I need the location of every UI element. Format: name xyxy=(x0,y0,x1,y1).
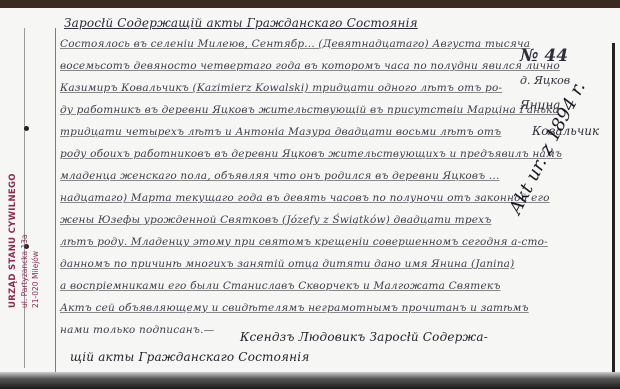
document-page: Заросłй Содержащій акты Гражданскаго Сос… xyxy=(0,8,620,376)
stamp-street: ul. Partyzancka 13a xyxy=(19,173,30,308)
record-line-1: Состоялось въ селеніи Милеюв, Сентябр...… xyxy=(60,38,530,50)
record-line-4: ду работникъ въ деревни Яцковъ жительств… xyxy=(60,104,559,116)
record-line-5: тридцати четырехъ лѣтъ и Антоніа Мазура … xyxy=(60,126,501,138)
margin-rule xyxy=(55,28,56,373)
record-line-10: лѣтъ роду. Младенцу этому при святомъ кр… xyxy=(60,236,548,248)
stamp-office-name: URZĄD STANU CYWILNEGO xyxy=(8,173,19,308)
record-line-7: младенца женскаго пола, объявляя что онъ… xyxy=(60,170,500,182)
stamp-postcode-city: 21-020 Milejów xyxy=(30,173,41,308)
record-line-11: данномъ по причинѣ многихъ занятій отца … xyxy=(60,258,514,270)
scan-bottom-edge xyxy=(0,372,620,389)
signature-line-2: щій акты Гражданскаго Состоянія xyxy=(70,350,309,364)
record-line-13: Актъ сей объявляющему и свидѣтелямъ негр… xyxy=(60,302,529,314)
village-name: д. Яцков xyxy=(520,74,570,87)
registry-office-stamp: URZĄD STANU CYWILNEGO ul. Partyzancka 13… xyxy=(8,173,41,308)
record-line-9: жены Юзефы урожденной Святковъ (Józefy z… xyxy=(60,214,491,226)
record-line-6: роду обоихъ работниковъ въ деревни Яцков… xyxy=(60,148,562,160)
record-line-14: нами только подписанъ.— xyxy=(60,324,214,336)
page-edge-shadow xyxy=(612,43,615,373)
document-heading: Заросłй Содержащій акты Гражданскаго Сос… xyxy=(64,16,418,30)
scan-top-edge xyxy=(0,0,620,8)
ink-dot xyxy=(24,126,29,131)
record-number: № 44 xyxy=(520,46,568,66)
record-line-8: надцатаго) Марта текущаго года въ девять… xyxy=(60,192,550,204)
record-line-12: а воспріемниками его были Станиславъ Скв… xyxy=(60,280,501,292)
signature-line-1: Ксендзъ Людовикъ Заросłй Содержа- xyxy=(240,330,488,344)
record-line-2: восемьсотъ девяносто четвертаго года въ … xyxy=(60,60,560,72)
record-line-3: Казимиръ Ковальчикъ (Kazimierz Kowalski)… xyxy=(60,82,502,94)
